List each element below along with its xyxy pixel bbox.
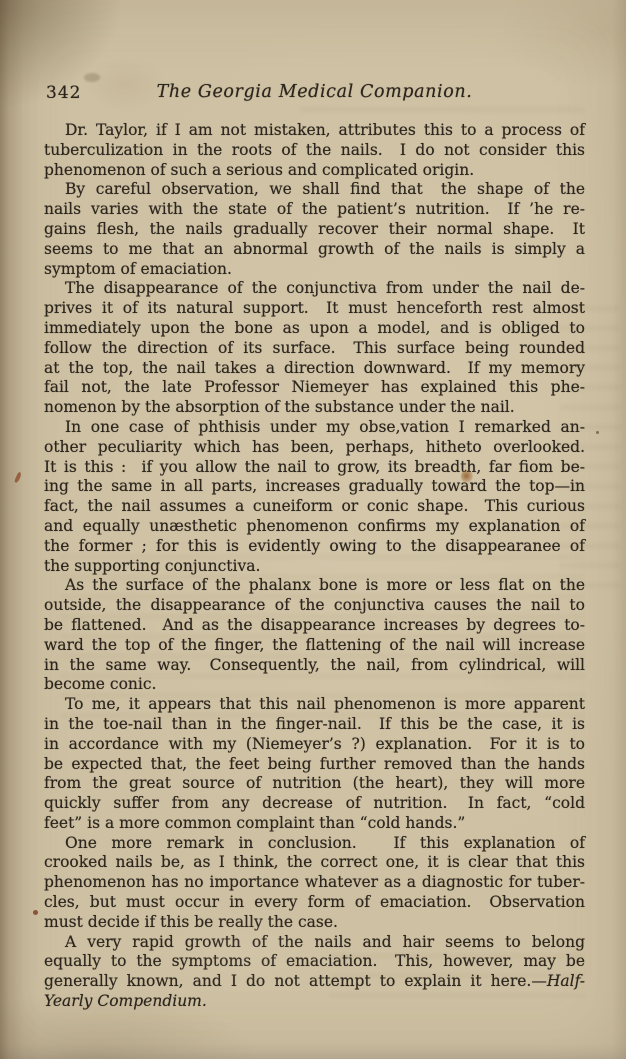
text-line: phenomenon of such a serious and complic… <box>44 161 585 181</box>
paragraph: To me, it appears that this nail phenome… <box>44 695 585 834</box>
paragraph: One more remark in conclusion. If this e… <box>44 834 585 933</box>
text-line: By careful observation, we shall find th… <box>44 180 585 200</box>
page-body: Dr. Taylor, if I am not mistaken, attrib… <box>44 121 585 1012</box>
paragraph: In one case of phthisis under my obse,va… <box>44 418 585 576</box>
text-line: equally to the symptoms of emaciation. T… <box>44 952 585 972</box>
text-line: at the top, the nail takes a direction d… <box>44 359 585 379</box>
text-line: Dr. Taylor, if I am not mistaken, attrib… <box>44 121 585 141</box>
text-line: tuberculization in the roots of the nail… <box>44 141 585 161</box>
text-line: To me, it appears that this nail phenome… <box>44 695 585 715</box>
text-line: generally known, and I do not attempt to… <box>44 972 585 992</box>
paragraph: As the surface of the phalanx bone is mo… <box>44 576 585 695</box>
text-line: phenomenon has no importance whatever as… <box>44 873 585 893</box>
text-line: quickly suffer from any decrease of nutr… <box>44 794 585 814</box>
text-line: follow the direction of its surface. Thi… <box>44 339 585 359</box>
text-line: fact, the nail assumes a cuneiform or co… <box>44 497 585 517</box>
text-line: cles, but must occur in every form of em… <box>44 893 585 913</box>
margin-mark <box>14 472 22 484</box>
text-line: The disappearance of the conjunctiva fro… <box>44 279 585 299</box>
paragraph: The disappearance of the conjunctiva fro… <box>44 279 585 418</box>
text-line: and equally unæsthetic phenomenon confir… <box>44 517 585 537</box>
running-title: The Georgia Medical Companion. <box>44 82 585 102</box>
text-line: outside, the disappearance of the conjun… <box>44 596 585 616</box>
text-line: in accordance with my (Niemeyer’s ?) exp… <box>44 735 585 755</box>
text-line: must decide if this be really the case. <box>44 913 585 933</box>
margin-dot <box>33 910 38 915</box>
text-line: One more remark in conclusion. If this e… <box>44 834 585 854</box>
text-line: It is this : if you allow the nail to gr… <box>44 458 585 478</box>
text-line: nomenon by the absorption of the substan… <box>44 398 585 418</box>
text-line: In one case of phthisis under my obse,va… <box>44 418 585 438</box>
paragraph: A very rapid growth of the nails and hai… <box>44 933 585 1012</box>
page-number: 342 <box>46 83 81 103</box>
running-head: 342 The Georgia Medical Companion. <box>44 82 585 108</box>
text-line: from the great source of nutrition (the … <box>44 774 585 794</box>
text-line: Yearly Compendium. <box>44 992 585 1012</box>
margin-dot <box>596 431 599 434</box>
text-line: A very rapid growth of the nails and hai… <box>44 933 585 953</box>
text-line: become conic. <box>44 675 585 695</box>
text-line: fail not, the late Professor Niemeyer ha… <box>44 378 585 398</box>
paragraph: Dr. Taylor, if I am not mistaken, attrib… <box>44 121 585 180</box>
text-line: immediately upon the bone as upon a mode… <box>44 319 585 339</box>
text-line: gains flesh, the nails gradually recover… <box>44 220 585 240</box>
text-line: be flattened. And as the disappearance i… <box>44 616 585 636</box>
text-line: the supporting conjunctiva. <box>44 557 585 577</box>
text-line: As the surface of the phalanx bone is mo… <box>44 576 585 596</box>
book-page: 342 The Georgia Medical Companion. Dr. T… <box>0 0 626 1059</box>
paragraph: By careful observation, we shall find th… <box>44 180 585 279</box>
text-line: the former ; for this is evidently owing… <box>44 537 585 557</box>
paper-smudge <box>84 73 100 82</box>
text-line: crooked nails be, as I think, the correc… <box>44 853 585 873</box>
text-line: symptom of emaciation. <box>44 260 585 280</box>
text-line: ing the same in all parts, increases gra… <box>44 477 585 497</box>
text-line: in the toe-nail than in the finger-nail.… <box>44 715 585 735</box>
text-line: in the same way. Consequently, the nail,… <box>44 656 585 676</box>
text-line: ward the top of the finger, the flatteni… <box>44 636 585 656</box>
text-line: prives it of its natural support. It mus… <box>44 299 585 319</box>
text-line: feet” is a more common complaint than “c… <box>44 814 585 834</box>
text-line: seems to me that an abnormal growth of t… <box>44 240 585 260</box>
text-line: nails varies with the state of the patie… <box>44 200 585 220</box>
text-line: other peculiarity which has been, perhap… <box>44 438 585 458</box>
text-line: be expected that, the feet being further… <box>44 755 585 775</box>
